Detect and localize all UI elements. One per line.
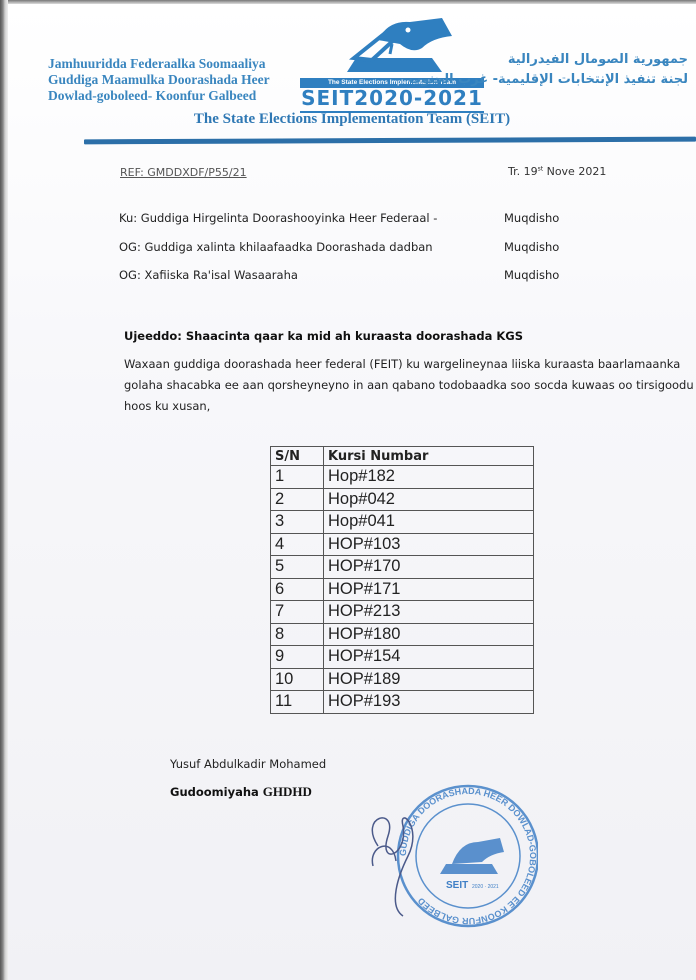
header-somali-org: Jamhuuridda Federaalka Soomaaliya Guddig… [48,56,270,104]
table-row: 5HOP#170 [271,556,534,579]
kursi-number-cell: HOP#189 [324,668,534,691]
table-row: 8HOP#180 [271,623,534,646]
letter-subject: Ujeeddo: Shaacinta qaar ka mid ah kuraas… [124,329,523,343]
date-month-year: Nove 2021 [543,165,606,178]
table-row: 4HOP#103 [271,533,534,556]
serial-number-cell: 2 [271,488,324,511]
stamp-seal-icon: GUDDIGA DOORASHADA HEER DOWLAD-GOBOLEED … [348,776,538,936]
recipient-city: Muqdisho [504,211,559,225]
serial-number-cell: 3 [271,511,324,534]
header-subtitle: The State Elections Implementation Team … [8,111,696,128]
table-row: 11HOP#193 [271,691,534,714]
kursi-number-cell: HOP#193 [324,691,534,714]
header-left-line-1: Jamhuuridda Federaalka Soomaaliya [48,56,270,72]
recipient-line: OG: Guddiga xalinta khilaafaadka Doorash… [119,240,433,254]
signer-name: Yusuf Abdulkadir Mohamed [170,757,326,771]
page-left-edge [0,0,8,980]
table-row: 7HOP#213 [271,601,534,624]
signer-title-org: GHDHD [263,784,312,799]
serial-number-cell: 4 [271,533,324,556]
letter-body: Waxaan guddiga doorashada heer federal (… [124,354,694,417]
letter-date: Tr. 19st Nove 2021 [508,165,606,178]
kursi-number-cell: Hop#041 [324,511,534,534]
serial-number-cell: 10 [271,668,324,691]
kursi-number-cell: HOP#180 [324,623,534,646]
official-stamp: GUDDIGA DOORASHADA HEER DOWLAD-GOBOLEED … [348,776,538,936]
recipient-line: OG: Xafiiska Ra'isal Wasaaraha [119,268,298,282]
recipient-city: Muqdisho [504,268,559,282]
kursi-number-cell: HOP#171 [324,578,534,601]
kursi-number-cell: HOP#154 [324,646,534,669]
column-header-sn: S/N [271,447,324,466]
header-right-line-2: لجنة تنفيذ الإنتخابات الإقليمية- غرب الج… [408,70,688,90]
serial-number-cell: 11 [271,691,324,714]
serial-number-cell: 9 [271,646,324,669]
signer-title-role: Gudoomiyaha [170,785,263,799]
serial-number-cell: 8 [271,623,324,646]
kursi-number-cell: HOP#213 [324,601,534,624]
table-row: 2Hop#042 [271,488,534,511]
letter-page: Jamhuuridda Federaalka Soomaaliya Guddig… [8,4,696,980]
table-row: 10HOP#189 [271,668,534,691]
reference-number: REF: GMDDXDF/P55/21 [120,166,247,179]
table-row: 9HOP#154 [271,646,534,669]
serial-number-cell: 7 [271,601,324,624]
date-day: Tr. 19 [508,165,538,178]
kursi-number-cell: Hop#182 [324,466,534,489]
signer-title: Gudoomiyaha GHDHD [170,784,312,800]
column-header-kursi: Kursi Numbar [324,447,534,466]
kursi-number-cell: HOP#103 [324,533,534,556]
table-row: 6HOP#171 [271,578,534,601]
serial-number-cell: 5 [271,556,324,579]
table-row: 1Hop#182 [271,466,534,489]
header-left-line-2: Guddiga Maamulka Doorashada Heer [48,72,270,88]
kursi-number-cell: Hop#042 [324,488,534,511]
header-left-line-3: Dowlad-goboleed- Koonfur Galbeed [48,88,270,104]
seat-table: S/N Kursi Numbar 1Hop#1822Hop#0423Hop#04… [270,446,534,714]
serial-number-cell: 6 [271,578,324,601]
header-right-line-1: جمهورية الصومال الفيدرالية [408,50,688,70]
svg-text:SEIT: SEIT [446,880,468,891]
serial-number-cell: 1 [271,466,324,489]
table-row: 3Hop#041 [271,511,534,534]
header-arabic-org: جمهورية الصومال الفيدرالية لجنة تنفيذ ال… [408,50,688,90]
recipient-city: Muqdisho [504,240,559,254]
kursi-number-cell: HOP#170 [324,556,534,579]
table-header-row: S/N Kursi Numbar [271,447,534,466]
recipient-line: Ku: Guddiga Hirgelinta Doorashooyinka He… [119,211,437,225]
svg-text:2020 · 2021: 2020 · 2021 [472,884,499,890]
header-divider [84,137,696,145]
